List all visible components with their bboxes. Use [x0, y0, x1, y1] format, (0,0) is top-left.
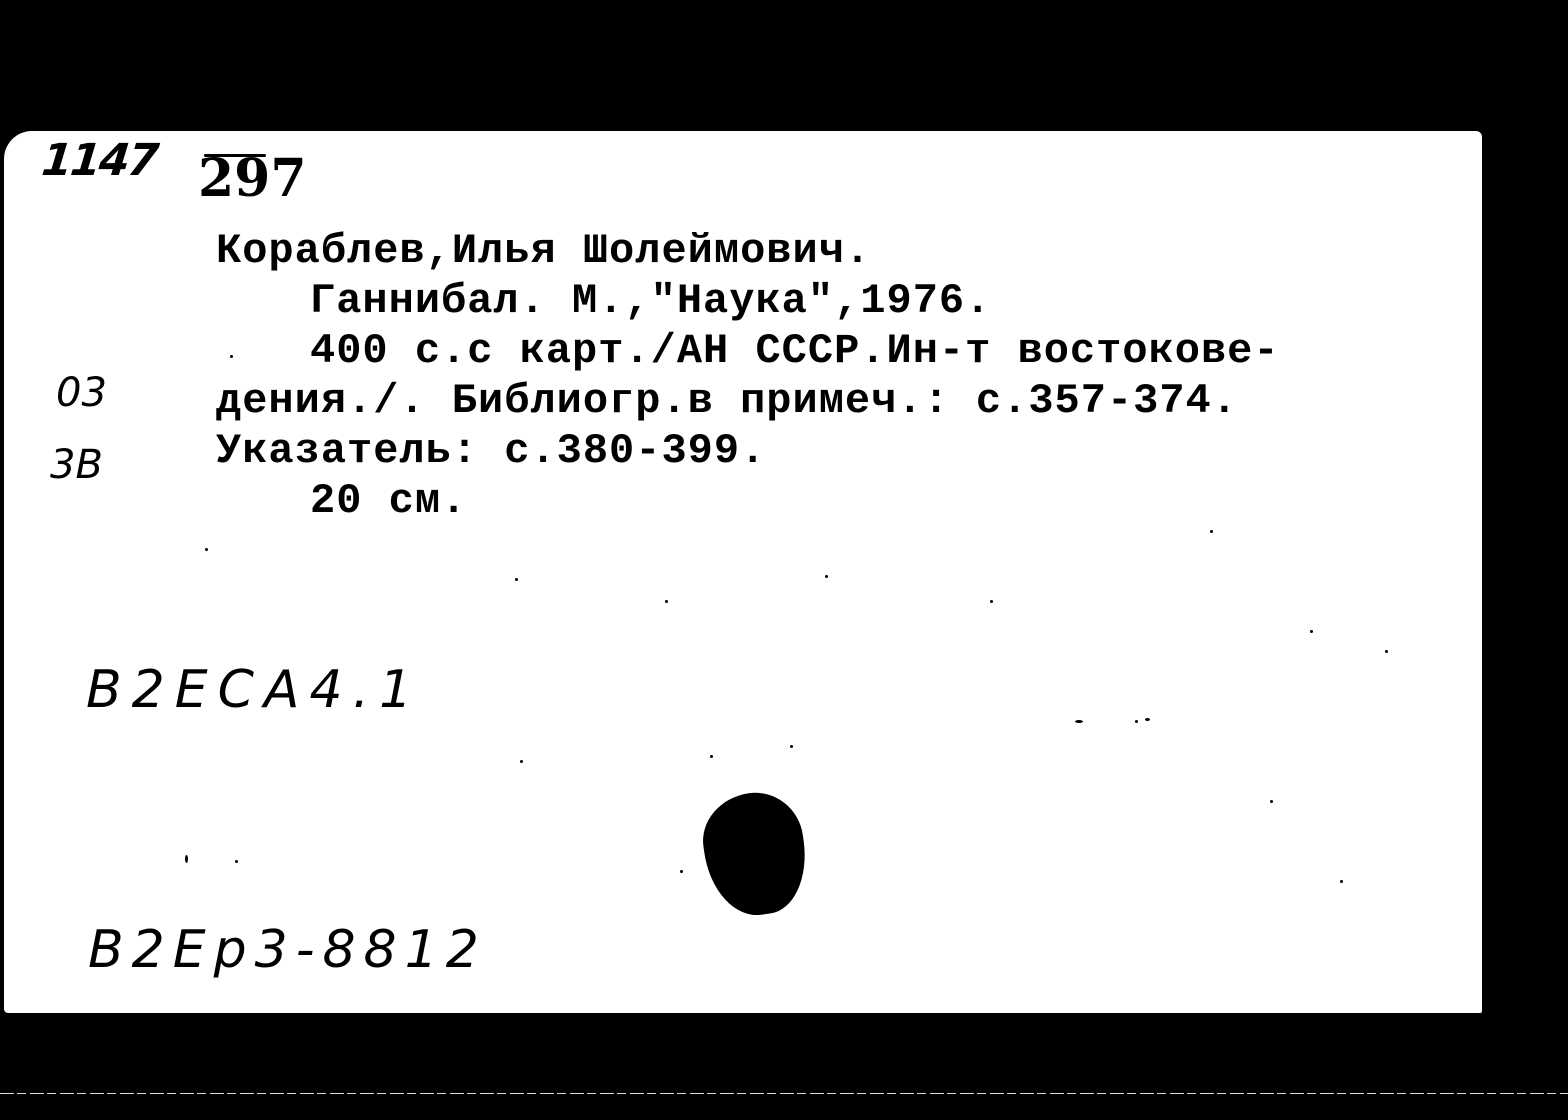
speck — [1075, 720, 1083, 723]
index-note: Указатель: с.380-399. — [216, 426, 766, 476]
speck — [515, 578, 518, 581]
edge-mark — [0, 405, 3, 445]
margin-code-1: 03 — [56, 370, 107, 416]
edge-mark — [0, 265, 3, 275]
speck — [825, 575, 828, 578]
speck — [520, 760, 523, 763]
speck — [235, 860, 238, 863]
speck — [665, 600, 668, 603]
speck — [1135, 720, 1138, 723]
title-imprint: Ганнибал. М.,"Наука",1976. — [310, 276, 991, 326]
author-heading: Кораблев,Илья Шолеймович. — [216, 226, 871, 276]
speck — [1310, 630, 1313, 633]
scan-artifact-line — [0, 1093, 1568, 1094]
speck — [1210, 530, 1213, 533]
speck — [790, 745, 793, 748]
physical-description: 400 с.с карт./АН СССР.Ин-т востокове- — [310, 326, 1280, 376]
speck — [185, 855, 188, 863]
speck — [680, 870, 683, 873]
speck — [1270, 800, 1273, 803]
classification-code-2: B2Ep3-8812 — [88, 920, 487, 980]
speck — [990, 600, 993, 603]
speck — [230, 355, 233, 358]
shelf-number: 297 — [198, 148, 307, 209]
margin-code-2: 3B — [50, 442, 103, 488]
speck — [205, 548, 208, 551]
series-notes: дения./. Библиогр.в примеч.: с.357-374. — [216, 376, 1238, 426]
accession-number: 1147 — [39, 135, 159, 186]
speck — [710, 755, 713, 758]
classification-code-1: B2ECA4.1 — [86, 660, 422, 720]
edge-mark — [0, 200, 3, 214]
speck — [1145, 718, 1150, 721]
speck — [1385, 650, 1388, 653]
size-note: 20 см. — [310, 476, 467, 526]
edge-mark — [0, 310, 3, 318]
speck — [1340, 880, 1343, 883]
